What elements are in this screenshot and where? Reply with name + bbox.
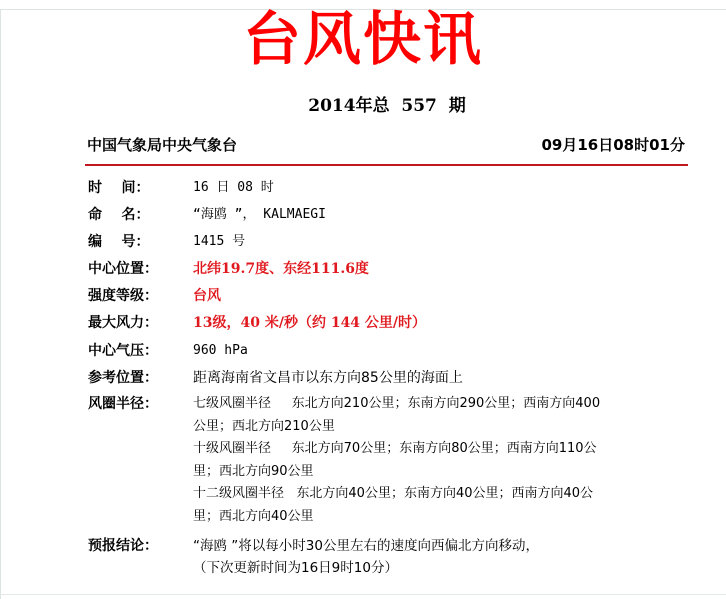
wind-radius-line: 十级风圈半径 东北方向70公里；东南方向80公里；西南方向110公 — [193, 438, 683, 461]
field-value: 1415 号 — [193, 231, 245, 253]
field-label: 中心气压： — [88, 340, 193, 362]
field-label: 参考位置： — [88, 367, 193, 389]
wind-radius-line: 公里；西北方向210公里 — [193, 416, 683, 439]
field-time: 时 间： 16 日 08 时 — [88, 177, 274, 199]
forecast-line: “海鸥 ”将以每小时30公里左右的速度向西偏北方向移动， — [193, 535, 539, 557]
field-value: 距离海南省文昌市以东方向85公里的海面上 — [193, 367, 463, 389]
wind-radius-line: 里；西北方向40公里 — [193, 506, 683, 529]
field-name: 命 名： “海鸥 ”， KALMAEGI — [88, 204, 326, 226]
field-value: 960 hPa — [193, 340, 248, 362]
wind-radius-line: 七级风圈半径 东北方向210公里；东南方向290公里；西南方向400 — [193, 393, 683, 416]
field-label: 中心位置： — [88, 258, 193, 280]
field-label: 最大风力： — [88, 312, 193, 334]
header-divider — [85, 164, 688, 166]
issue-datetime: 09月16日08时01分 — [542, 135, 686, 155]
field-reference-position: 参考位置： 距离海南省文昌市以东方向85公里的海面上 — [88, 367, 463, 389]
field-intensity: 强度等级： 台风 — [88, 285, 221, 307]
bulletin-title: 台风快讯 — [0, 6, 726, 72]
field-label: 编 号： — [88, 231, 193, 253]
field-label: 时 间： — [88, 177, 193, 199]
frame-bottom-border — [0, 594, 726, 595]
field-value: 北纬19.7度、东经111.6度 — [193, 258, 369, 280]
field-value: 16 日 08 时 — [193, 177, 274, 199]
field-max-wind: 最大风力： 13级，40 米/秒（约 144 公里/时） — [88, 312, 426, 334]
issuing-agency: 中国气象局中央气象台 — [87, 135, 237, 155]
issue-number: 2014年总 557 期 — [0, 95, 726, 117]
forecast-line: （下次更新时间为16日9时10分） — [193, 557, 539, 579]
wind-radius-details: 七级风圈半径 东北方向210公里；东南方向290公里；西南方向400 公里；西北… — [193, 393, 683, 528]
field-forecast: 预报结论： “海鸥 ”将以每小时30公里左右的速度向西偏北方向移动， （下次更新… — [88, 535, 539, 579]
field-value: 台风 — [193, 285, 221, 307]
field-center-position: 中心位置： 北纬19.7度、东经111.6度 — [88, 258, 369, 280]
field-label: 强度等级： — [88, 285, 193, 307]
field-label: 风圈半径： — [88, 393, 193, 528]
field-center-pressure: 中心气压： 960 hPa — [88, 340, 248, 362]
field-label: 命 名： — [88, 204, 193, 226]
field-label: 预报结论： — [88, 535, 193, 579]
field-value: “海鸥 ”， KALMAEGI — [193, 204, 326, 226]
wind-radius-line: 十二级风圈半径 东北方向40公里；东南方向40公里；西南方向40公 — [193, 483, 683, 506]
field-value: 13级，40 米/秒（约 144 公里/时） — [193, 312, 426, 334]
forecast-details: “海鸥 ”将以每小时30公里左右的速度向西偏北方向移动， （下次更新时间为16日… — [193, 535, 539, 579]
field-wind-radius: 风圈半径： 七级风圈半径 东北方向210公里；东南方向290公里；西南方向400… — [88, 393, 683, 528]
wind-radius-line: 里；西北方向90公里 — [193, 461, 683, 484]
field-number: 编 号： 1415 号 — [88, 231, 245, 253]
